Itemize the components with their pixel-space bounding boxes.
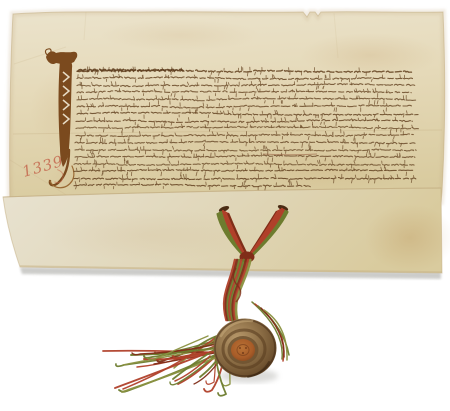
cord-tassel [103,335,231,396]
seal-impression-dot [245,347,247,349]
seal-impression [231,339,255,361]
charter-photo: 1339 [0,0,450,411]
seal-impression-dot [242,352,244,354]
photo-stage: 1339 [0,0,450,411]
parchment-stain [100,19,260,51]
seal-impression-dot [239,347,241,349]
tassel-thread [119,355,215,392]
wax-seal [214,319,277,378]
